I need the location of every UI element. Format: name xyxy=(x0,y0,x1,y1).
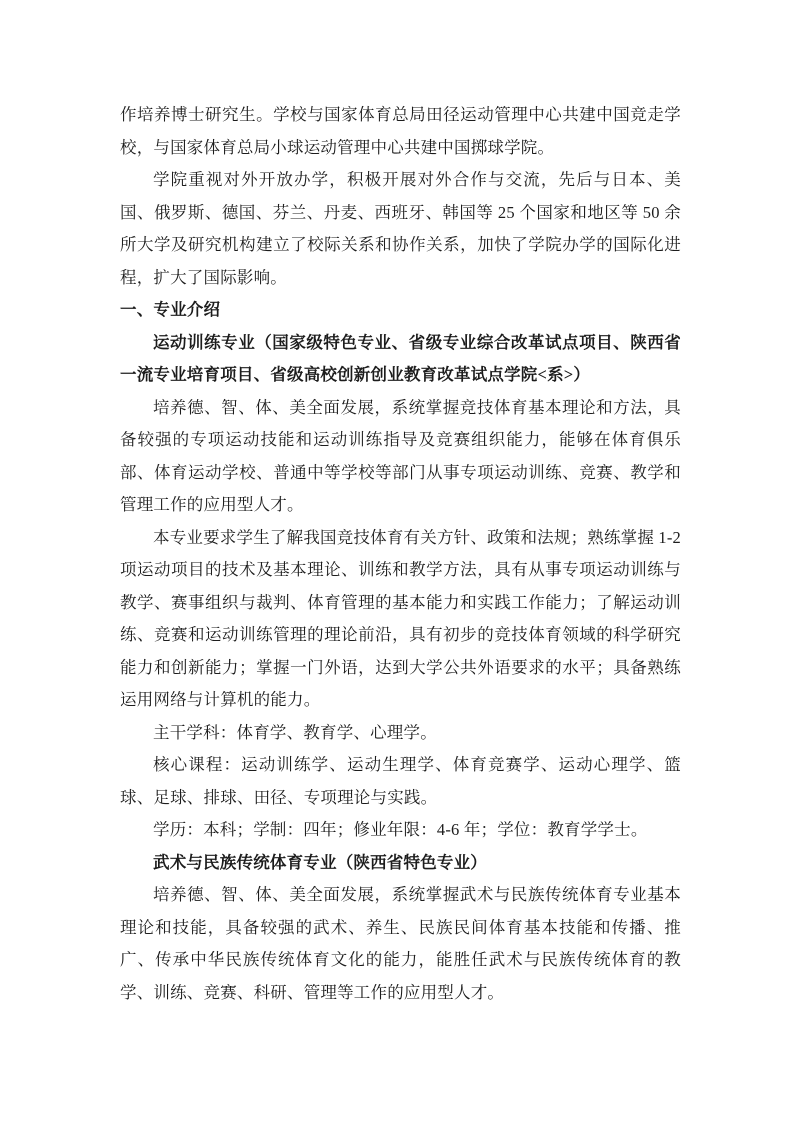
section-heading: 运动训练专业（国家级特色专业、省级专业综合改革试点项目、陕西省一流专业培育项目、… xyxy=(120,327,681,392)
document-page: 作培养博士研究生。学校与国家体育总局田径运动管理中心共建中国竞走学校，与国家体育… xyxy=(0,0,800,1131)
paragraph: 学院重视对外开放办学，积极开展对外合作与交流，先后与日本、美国、俄罗斯、德国、芬… xyxy=(120,164,681,294)
section-heading: 一、专业介绍 xyxy=(120,294,681,327)
paragraph: 培养德、智、体、美全面发展，系统掌握武术与民族传统体育专业基本理论和技能，具备较… xyxy=(120,879,681,1009)
paragraph: 本专业要求学生了解我国竞技体育有关方针、政策和法规；熟练掌握 1-2 项运动项目… xyxy=(120,522,681,717)
paragraph: 主干学科：体育学、教育学、心理学。 xyxy=(120,717,681,750)
document-body: 作培养博士研究生。学校与国家体育总局田径运动管理中心共建中国竞走学校，与国家体育… xyxy=(120,99,681,1009)
paragraph: 培养德、智、体、美全面发展，系统掌握竞技体育基本理论和方法，具备较强的专项运动技… xyxy=(120,392,681,522)
paragraph: 学历：本科；学制：四年；修业年限：4-6 年；学位：教育学学士。 xyxy=(120,814,681,847)
paragraph: 核心课程：运动训练学、运动生理学、体育竞赛学、运动心理学、篮球、足球、排球、田径… xyxy=(120,749,681,814)
section-heading: 武术与民族传统体育专业（陕西省特色专业） xyxy=(120,847,681,880)
paragraph: 作培养博士研究生。学校与国家体育总局田径运动管理中心共建中国竞走学校，与国家体育… xyxy=(120,99,681,164)
